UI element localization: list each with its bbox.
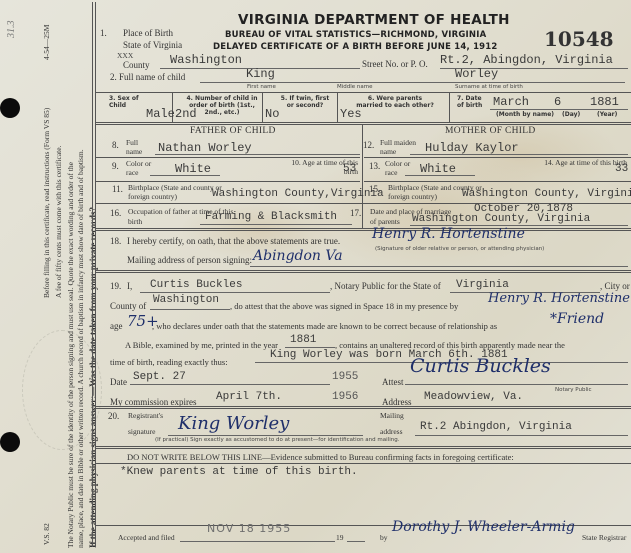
bureau-subtitle: BUREAU OF VITAL STATISTICS—RICHMOND, VIR… xyxy=(225,30,486,40)
registrant-label: Registrant's xyxy=(128,411,163,420)
mother-name-underline xyxy=(410,154,628,155)
father-birthplace-value: Washington County,Virginia xyxy=(212,188,384,200)
city-or-label: , City or xyxy=(600,281,630,291)
dob-month: March xyxy=(493,95,529,109)
notary-date-year: 1955 xyxy=(332,371,358,383)
mother-section-title: MOTHER OF CHILD xyxy=(445,126,536,136)
child-name-underline xyxy=(200,82,625,83)
child-surname: Worley xyxy=(455,67,498,81)
dob-day: 6 xyxy=(554,95,561,109)
marriage-label-2: of parents xyxy=(370,217,400,226)
day-caption: (Day) xyxy=(562,112,580,119)
state-label: State of Virginia xyxy=(123,40,182,50)
registrant-mailing-label: Mailing xyxy=(380,411,404,420)
registrant-mailing-underline xyxy=(415,435,628,436)
birth-order-label: 4. Number of child in order of birth (1s… xyxy=(186,96,258,117)
row-divider xyxy=(364,181,631,182)
county-of-label: County of xyxy=(110,301,146,311)
row-divider xyxy=(96,270,631,273)
evidence-heading: DO NOT WRITE BELOW THIS LINE—Evidence su… xyxy=(127,452,514,462)
twin-value: No xyxy=(265,107,279,121)
certify-num: 18. xyxy=(110,236,121,246)
father-birthplace-num: 11. xyxy=(112,184,123,194)
birth-order-value: 2nd xyxy=(175,107,197,121)
evidence-note: *Knew parents at time of this birth. xyxy=(120,466,358,478)
row-divider xyxy=(96,122,631,125)
department-title: VIRGINIA DEPARTMENT OF HEALTH xyxy=(238,12,510,28)
date-label: Date xyxy=(110,377,127,387)
parents-married-label: 6. Were parents married to each other? xyxy=(355,96,435,110)
registrar-signature: Dorothy J. Wheeler-Armig xyxy=(392,519,575,535)
bible-year: 1881 xyxy=(290,334,316,346)
accepted-label: Accepted and filed xyxy=(118,533,175,542)
twin-label: 5. If twin, first or second? xyxy=(280,96,330,110)
declares-text: , who declares under oath that the state… xyxy=(152,321,497,331)
form-border xyxy=(92,2,93,547)
notary-i-label: I, xyxy=(127,281,132,291)
margin-form-number: V.S. 82 xyxy=(42,523,51,545)
registrar-caption: State Registrar xyxy=(582,533,626,542)
margin-notary-instruction-1: The Notary Public must be sure of the id… xyxy=(66,162,75,548)
notary-name-underline xyxy=(140,292,330,293)
child-first-name: King xyxy=(246,67,275,81)
surname-caption: Surname at time of birth xyxy=(455,84,523,90)
mother-color-underline xyxy=(405,175,475,176)
month-caption: (Month by name) xyxy=(496,112,554,119)
commission-value: April 7th. xyxy=(216,391,282,403)
certificate-type-title: DELAYED CERTIFICATE OF A BIRTH BEFORE JU… xyxy=(213,42,498,52)
street-label: Street No. or P. O. xyxy=(362,59,428,69)
punch-hole xyxy=(0,432,20,452)
father-color-num: 9. xyxy=(112,161,119,171)
father-color-underline xyxy=(150,175,220,176)
place-of-birth-num: 1. xyxy=(100,28,107,38)
notary-attest-signature: Curtis Buckles xyxy=(410,355,551,377)
certify-signature: Henry R. Hortenstine xyxy=(372,226,525,242)
notary-county: Washington xyxy=(153,294,219,306)
notary-date-underline xyxy=(130,384,330,385)
row-divider xyxy=(96,446,631,449)
county-label: County xyxy=(123,60,150,70)
notary-name: Curtis Buckles xyxy=(150,279,242,291)
birth-certificate-page: 31.3 4-54—25M Before filling in this cer… xyxy=(0,0,631,553)
father-name-value: Nathan Worley xyxy=(158,141,252,155)
marriage-place-value: Washington County, Virginia xyxy=(412,213,590,225)
notary-public-caption: Notary Public xyxy=(555,387,592,393)
sex-value: Male xyxy=(146,107,175,121)
year-caption: (Year) xyxy=(597,112,617,119)
relationship-value: *Friend xyxy=(550,311,604,327)
notary-date: Sept. 27 xyxy=(133,371,186,383)
notary-county-underline xyxy=(150,309,230,310)
mailing-address-value: Abingdon Va xyxy=(253,248,343,264)
row-divider xyxy=(96,181,360,182)
mother-color-value: White xyxy=(420,162,456,176)
filed-date-underline xyxy=(180,541,335,542)
child-name-label: 2. Full name of child xyxy=(110,72,185,82)
attest-text: , do attest that the above was signed in… xyxy=(230,301,458,311)
mother-age-value: 33 xyxy=(615,163,628,175)
mother-birthplace-value: Washington County, Virginia xyxy=(462,188,631,200)
occupation-value: Farming & Blacksmith xyxy=(205,211,337,223)
street-value: Rt.2, Abingdon, Virginia xyxy=(440,53,613,67)
mother-color-num: 13. xyxy=(369,161,380,171)
father-section-title: FATHER OF CHILD xyxy=(190,126,276,136)
attest-underline xyxy=(405,384,628,385)
punch-hole xyxy=(0,98,20,118)
parents-married-value: Yes xyxy=(340,107,362,121)
certify-statement: I hereby certify, on oath, that the abov… xyxy=(127,236,340,246)
occupation-num: 16. xyxy=(110,208,121,218)
margin-handwritten-note: 31.3 xyxy=(6,21,17,39)
year-prefix: 19 xyxy=(336,533,344,542)
by-label: by xyxy=(380,533,388,542)
notary-num: 19. xyxy=(110,281,121,291)
notary-address: Meadowview, Va. xyxy=(424,391,523,403)
mailing-address-label: Mailing address of person signing: xyxy=(127,255,252,265)
registrant-address-label: address xyxy=(380,427,403,436)
notary-for-label: , Notary Public for the State of xyxy=(330,281,441,291)
county-value: Washington xyxy=(170,53,242,67)
marriage-num: 17. xyxy=(350,208,361,218)
registrant-caption: (If practical) Sign exactly as accustome… xyxy=(155,437,399,443)
mother-name-num: 12. xyxy=(363,140,374,150)
certificate-number: 10548 xyxy=(544,27,614,51)
notary-signer: Henry R. Hortenstine xyxy=(488,291,630,306)
certify-signature-caption: (Signature of older relative or person, … xyxy=(375,246,544,252)
registrant-num: 20. xyxy=(108,411,119,421)
margin-instruction-1: Before filling in this certificate, read… xyxy=(42,108,51,298)
age-label: age xyxy=(110,321,123,331)
father-name-label: Full name xyxy=(126,138,146,156)
margin-notary-instruction-2: name, place, and date in Bible or other … xyxy=(76,149,85,548)
notary-state: Virginia xyxy=(456,279,509,291)
row-divider xyxy=(96,92,631,93)
mailing-underline xyxy=(250,266,628,267)
bible-text-1: A Bible, examined by me, printed in the … xyxy=(125,340,278,350)
row-divider xyxy=(96,228,631,231)
mother-name-value: Hulday Kaylor xyxy=(425,141,519,155)
father-color-value: White xyxy=(175,162,211,176)
bible-year-underline xyxy=(285,347,335,348)
registrant-mailing-value: Rt.2 Abingdon, Virginia xyxy=(420,421,572,433)
column-divider xyxy=(262,92,263,122)
city-struck-out: XXX xyxy=(117,51,133,60)
registrant-signature-underline xyxy=(168,435,363,436)
row-divider xyxy=(96,463,631,464)
mother-birthplace-num: 15. xyxy=(369,184,380,194)
commission-year: 1956 xyxy=(332,391,358,403)
margin-physician-question: If the attending physician signs answer:… xyxy=(88,207,98,548)
registrant-signature-label: signature xyxy=(128,427,156,436)
form-border xyxy=(95,2,96,547)
filed-date-stamp: NOV 18 1955 xyxy=(207,522,291,535)
column-divider xyxy=(337,92,338,122)
father-name-num: 8. xyxy=(112,140,119,150)
dob-year: 1881 xyxy=(590,95,619,109)
father-name-underline xyxy=(155,154,360,155)
first-name-caption: First name xyxy=(247,84,276,90)
occupation-underline xyxy=(200,224,352,225)
father-age-value: 53 xyxy=(343,163,356,175)
reading-label: time of birth, reading exactly thus: xyxy=(110,357,228,367)
dob-label: 7. Date of birth xyxy=(457,96,485,110)
margin-instruction-2: A fee of fifty cents must come with this… xyxy=(54,146,63,298)
middle-name-caption: Middle name xyxy=(337,84,373,90)
registrant-signature: King Worley xyxy=(178,413,289,434)
sex-label: 3. Sex of Child xyxy=(109,96,149,110)
attest-label: Attest xyxy=(382,377,404,387)
place-of-birth-label: Place of Birth xyxy=(123,28,173,38)
dob-underline xyxy=(490,109,628,110)
margin-form-code: 4-54—25M xyxy=(42,25,51,60)
year-underline xyxy=(347,541,365,542)
column-divider xyxy=(449,92,450,122)
row-divider xyxy=(96,406,631,409)
